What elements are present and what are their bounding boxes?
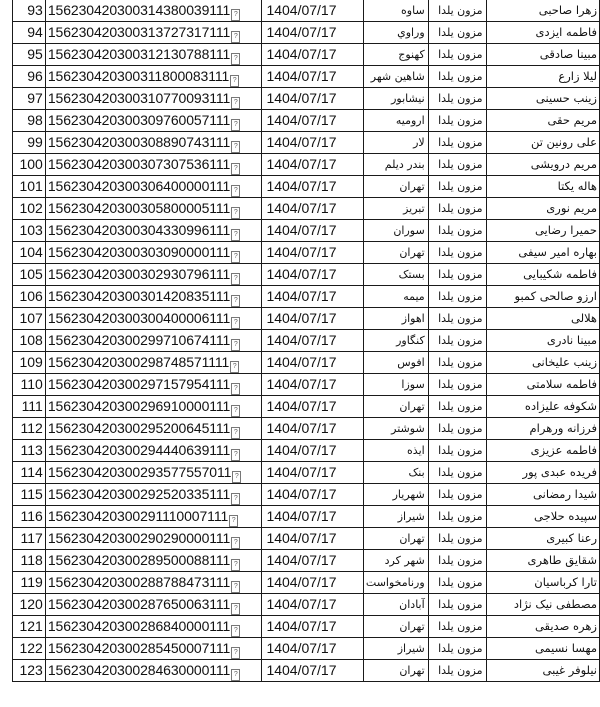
status-cell[interactable]: مزون یلدا xyxy=(428,572,486,594)
missing-glyph-icon: ? xyxy=(231,427,240,439)
name-cell[interactable]: هاله یکتا xyxy=(486,176,599,198)
row-number-cell[interactable]: 112 xyxy=(13,418,46,440)
date-cell[interactable]: 1404/07/17 xyxy=(262,638,363,660)
city-text: شاهین شهر xyxy=(371,70,425,83)
city-text: ورنامخواست xyxy=(366,576,425,589)
date-cell[interactable]: 1404/07/17 xyxy=(262,528,363,550)
row-number-cell[interactable]: 93 xyxy=(13,0,46,22)
code-cell[interactable]: 156230420300296910000111? xyxy=(45,396,262,418)
name-cell[interactable]: مریم نوری xyxy=(486,198,599,220)
code-cell[interactable]: 156230420300287650063111? xyxy=(45,594,262,616)
status-text: مزون یلدا xyxy=(438,268,482,281)
missing-glyph-icon: ? xyxy=(230,75,239,87)
name-cell[interactable]: فاطمه سلامتی xyxy=(486,374,599,396)
code-text: 156230420300284630000111 xyxy=(48,662,230,678)
name-cell[interactable]: زینب علیخانی xyxy=(486,352,599,374)
code-cell[interactable]: 156230420300305800005111? xyxy=(45,198,262,220)
row-number-cell[interactable]: 121 xyxy=(13,616,46,638)
status-cell[interactable]: مزون یلدا xyxy=(428,506,486,528)
name-cell[interactable]: هلالی xyxy=(486,308,599,330)
city-cell[interactable]: کنگاور xyxy=(363,330,428,352)
date-cell[interactable]: 1404/07/17 xyxy=(262,616,363,638)
status-cell[interactable]: مزون یلدا xyxy=(428,198,486,220)
table-row: 120156230420300287650063111?1404/07/17آب… xyxy=(13,594,600,616)
date-cell[interactable]: 1404/07/17 xyxy=(262,396,363,418)
code-text: 156230420300294440639111 xyxy=(48,442,230,458)
city-cell[interactable]: شاهین شهر xyxy=(363,66,428,88)
status-text: مزون یلدا xyxy=(438,378,482,391)
city-cell[interactable]: تهران xyxy=(363,242,428,264)
status-cell[interactable]: مزون یلدا xyxy=(428,660,486,682)
name-text: لیلا زارع xyxy=(558,69,597,83)
name-cell[interactable]: شقایق طاهری xyxy=(486,550,599,572)
row-number-cell[interactable]: 99 xyxy=(13,132,46,154)
table-row: 96156230420300311800083111?1404/07/17شاه… xyxy=(13,66,600,88)
date-text: 1404/07/17 xyxy=(266,46,336,62)
row-number-cell[interactable]: 108 xyxy=(13,330,46,352)
date-text: 1404/07/17 xyxy=(266,2,336,18)
code-cell[interactable]: 156230420300310770093111? xyxy=(45,88,262,110)
date-text: 1404/07/17 xyxy=(266,332,336,348)
city-cell[interactable]: افوس xyxy=(363,352,428,374)
name-text: علی رونین تن xyxy=(531,135,597,149)
status-cell[interactable]: مزون یلدا xyxy=(428,330,486,352)
name-cell[interactable]: سپیده حلاجی xyxy=(486,506,599,528)
missing-glyph-icon: ? xyxy=(231,295,240,307)
status-cell[interactable]: مزون یلدا xyxy=(428,528,486,550)
name-cell[interactable]: فرزانه ورهرام xyxy=(486,418,599,440)
name-text: زینب علیخانی xyxy=(532,355,597,369)
date-cell[interactable]: 1404/07/17 xyxy=(262,440,363,462)
status-cell[interactable]: مزون یلدا xyxy=(428,242,486,264)
date-cell[interactable]: 1404/07/17 xyxy=(262,198,363,220)
city-cell[interactable]: شیراز xyxy=(363,506,428,528)
name-text: سپیده حلاجی xyxy=(534,509,597,523)
date-text: 1404/07/17 xyxy=(266,266,336,282)
status-text: مزون یلدا xyxy=(438,444,482,457)
row-number-text: 114 xyxy=(21,464,43,480)
row-number-cell[interactable]: 109 xyxy=(13,352,46,374)
row-number-cell[interactable]: 120 xyxy=(13,594,46,616)
row-number-cell[interactable]: 123 xyxy=(13,660,46,682)
row-number-cell[interactable]: 94 xyxy=(13,22,46,44)
city-text: بنک xyxy=(408,466,424,479)
city-text: کنگاور xyxy=(396,334,425,347)
name-text: فاطمه ایزدی xyxy=(536,25,598,39)
table-row: 104156230420300303090000111?1404/07/17ته… xyxy=(13,242,600,264)
code-cell[interactable]: 156230420300308890743111? xyxy=(45,132,262,154)
date-text: 1404/07/17 xyxy=(266,464,336,480)
city-cell[interactable]: کهنوج xyxy=(363,44,428,66)
city-cell[interactable]: ورنامخواست xyxy=(363,572,428,594)
date-cell[interactable]: 1404/07/17 xyxy=(262,66,363,88)
city-cell[interactable]: وراوي xyxy=(363,22,428,44)
city-cell[interactable]: بستک xyxy=(363,264,428,286)
missing-glyph-icon: ? xyxy=(231,251,240,263)
code-cell[interactable]: 156230420300286840000111? xyxy=(45,616,262,638)
city-text: ایذه xyxy=(407,444,425,457)
city-cell[interactable]: تهران xyxy=(363,528,428,550)
table-row: 115156230420300292520335111?1404/07/17شه… xyxy=(13,484,600,506)
name-cell[interactable]: شکوفه علیزاده xyxy=(486,396,599,418)
date-cell[interactable]: 1404/07/17 xyxy=(262,110,363,132)
code-text: 156230420300296910000111 xyxy=(48,398,230,414)
name-cell[interactable]: نیلوفر غیبی xyxy=(486,660,599,682)
code-cell[interactable]: 156230420300299710674111? xyxy=(45,330,262,352)
date-cell[interactable]: 1404/07/17 xyxy=(262,418,363,440)
name-cell[interactable]: بهاره امیر سیفی xyxy=(486,242,599,264)
city-cell[interactable]: تهران xyxy=(363,176,428,198)
code-text: 156230420300293577557011 xyxy=(48,464,231,480)
city-text: اهواز xyxy=(402,312,425,325)
status-text: مزون یلدا xyxy=(438,26,482,39)
status-cell[interactable]: مزون یلدا xyxy=(428,484,486,506)
status-cell[interactable]: مزون یلدا xyxy=(428,132,486,154)
name-cell[interactable]: مصطفی نیک نژاد xyxy=(486,594,599,616)
status-cell[interactable]: مزون یلدا xyxy=(428,154,486,176)
date-cell[interactable]: 1404/07/17 xyxy=(262,220,363,242)
code-cell[interactable]: 156230420300313727317111? xyxy=(45,22,262,44)
date-cell[interactable]: 1404/07/17 xyxy=(262,572,363,594)
code-text: 156230420300310770093111 xyxy=(48,90,230,106)
name-text: فریده عبدی پور xyxy=(523,465,597,479)
date-cell[interactable]: 1404/07/17 xyxy=(262,506,363,528)
code-cell[interactable]: 156230420300284630000111? xyxy=(45,660,262,682)
status-cell[interactable]: مزون یلدا xyxy=(428,418,486,440)
date-text: 1404/07/17 xyxy=(266,310,336,326)
date-cell[interactable]: 1404/07/17 xyxy=(262,594,363,616)
name-cell[interactable]: زهره صدیقی xyxy=(486,616,599,638)
date-cell[interactable]: 1404/07/17 xyxy=(262,550,363,572)
code-cell[interactable]: 156230420300301420835111? xyxy=(45,286,262,308)
row-number-text: 96 xyxy=(27,68,43,84)
code-cell[interactable]: 156230420300304330996111? xyxy=(45,220,262,242)
row-number-cell[interactable]: 98 xyxy=(13,110,46,132)
status-text: مزون یلدا xyxy=(438,70,482,83)
code-cell[interactable]: 156230420300300400006111? xyxy=(45,308,262,330)
row-number-cell[interactable]: 119 xyxy=(13,572,46,594)
status-text: مزون یلدا xyxy=(438,334,482,347)
name-text: شقایق طاهری xyxy=(528,553,597,567)
city-cell[interactable]: شوشتر xyxy=(363,418,428,440)
date-cell[interactable]: 1404/07/17 xyxy=(262,88,363,110)
date-text: 1404/07/17 xyxy=(266,178,336,194)
code-cell[interactable]: 156230420300288788473111? xyxy=(45,572,262,594)
city-cell[interactable]: شهریار xyxy=(363,484,428,506)
date-cell[interactable]: 1404/07/17 xyxy=(262,44,363,66)
row-number-text: 123 xyxy=(19,662,42,678)
row-number-cell[interactable]: 96 xyxy=(13,66,46,88)
date-cell[interactable]: 1404/07/17 xyxy=(262,308,363,330)
status-cell[interactable]: مزون یلدا xyxy=(428,396,486,418)
date-cell[interactable]: 1404/07/17 xyxy=(262,330,363,352)
status-text: مزون یلدا xyxy=(438,576,482,589)
code-cell[interactable]: 156230420300289500088111? xyxy=(45,550,262,572)
status-cell[interactable]: مزون یلدا xyxy=(428,616,486,638)
code-cell[interactable]: 156230420300291110007111? xyxy=(45,506,262,528)
status-cell[interactable]: مزون یلدا xyxy=(428,638,486,660)
code-cell[interactable]: 156230420300309760057111? xyxy=(45,110,262,132)
name-text: تارا کرباسیان xyxy=(534,575,597,589)
code-text: 156230420300291110007111 xyxy=(48,508,228,524)
city-cell[interactable]: میمه xyxy=(363,286,428,308)
missing-glyph-icon: ? xyxy=(231,647,240,659)
row-number-cell[interactable]: 117 xyxy=(13,528,46,550)
name-cell[interactable]: لیلا زارع xyxy=(486,66,599,88)
status-cell[interactable]: مزون یلدا xyxy=(428,594,486,616)
name-cell[interactable]: مبینا نادری xyxy=(486,330,599,352)
row-number-text: 110 xyxy=(21,376,43,392)
name-cell[interactable]: فاطمه ایزدی xyxy=(486,22,599,44)
missing-glyph-icon: ? xyxy=(231,581,240,593)
code-text: 156230420300290290000111 xyxy=(48,530,230,546)
date-cell[interactable]: 1404/07/17 xyxy=(262,264,363,286)
table-row: 117156230420300290290000111?1404/07/17ته… xyxy=(13,528,600,550)
status-cell[interactable]: مزون یلدا xyxy=(428,110,486,132)
status-cell[interactable]: مزون یلدا xyxy=(428,286,486,308)
row-number-text: 112 xyxy=(21,420,43,436)
name-cell[interactable]: ارزو صالحی کمبو xyxy=(486,286,599,308)
date-cell[interactable]: 1404/07/17 xyxy=(262,132,363,154)
name-text: شکوفه علیزاده xyxy=(525,399,597,413)
name-cell[interactable]: رعنا کبیری xyxy=(486,528,599,550)
code-text: 156230420300308890743111 xyxy=(48,134,230,150)
city-text: شیراز xyxy=(398,510,425,523)
status-cell[interactable]: مزون یلدا xyxy=(428,550,486,572)
row-number-cell[interactable]: 95 xyxy=(13,44,46,66)
name-cell[interactable]: فریده عبدی پور xyxy=(486,462,599,484)
records-table: 93156230420300314380039111?1404/07/17ساو… xyxy=(12,0,600,682)
row-number-text: 95 xyxy=(27,46,43,62)
name-text: مهسا نسیمی xyxy=(535,641,597,655)
missing-glyph-icon: ? xyxy=(231,537,240,549)
code-cell[interactable]: 156230420300285450007111? xyxy=(45,638,262,660)
table-row: 101156230420300306400000111?1404/07/17ته… xyxy=(13,176,600,198)
name-text: مبینا صادقی xyxy=(540,47,597,61)
table-body: 93156230420300314380039111?1404/07/17ساو… xyxy=(13,0,600,682)
date-cell[interactable]: 1404/07/17 xyxy=(262,242,363,264)
code-text: 156230420300289500088111 xyxy=(48,552,230,568)
missing-glyph-icon: ? xyxy=(231,559,240,571)
table-row: 122156230420300285450007111?1404/07/17شی… xyxy=(13,638,600,660)
city-cell[interactable]: ارومیه xyxy=(363,110,428,132)
name-text: نیلوفر غیبی xyxy=(543,663,597,677)
code-text: 156230420300297157954111 xyxy=(48,376,230,392)
row-number-cell[interactable]: 111 xyxy=(13,396,46,418)
city-cell[interactable]: آبادان xyxy=(363,594,428,616)
date-cell[interactable]: 1404/07/17 xyxy=(262,484,363,506)
city-cell[interactable]: ایذه xyxy=(363,440,428,462)
status-cell[interactable]: مزون یلدا xyxy=(428,462,486,484)
name-cell[interactable]: فاطمه شکیبایی xyxy=(486,264,599,286)
city-cell[interactable]: شیراز xyxy=(363,638,428,660)
row-number-cell[interactable]: 116 xyxy=(13,506,46,528)
name-text: رعنا کبیری xyxy=(546,531,597,545)
status-cell[interactable]: مزون یلدا xyxy=(428,374,486,396)
city-text: شیراز xyxy=(398,642,425,655)
date-cell[interactable]: 1404/07/17 xyxy=(262,462,363,484)
date-text: 1404/07/17 xyxy=(266,596,336,612)
name-cell[interactable]: حمیرا رضایی xyxy=(486,220,599,242)
name-cell[interactable]: علی رونین تن xyxy=(486,132,599,154)
city-text: تهران xyxy=(399,180,424,193)
name-cell[interactable]: مریم حقی xyxy=(486,110,599,132)
status-cell[interactable]: مزون یلدا xyxy=(428,220,486,242)
row-number-cell[interactable]: 122 xyxy=(13,638,46,660)
name-cell[interactable]: شیدا رمضانی xyxy=(486,484,599,506)
name-cell[interactable]: مبینا صادقی xyxy=(486,44,599,66)
status-cell[interactable]: مزون یلدا xyxy=(428,440,486,462)
row-number-cell[interactable]: 114 xyxy=(13,462,46,484)
row-number-cell[interactable]: 113 xyxy=(13,440,46,462)
code-cell[interactable]: 156230420300302930796111? xyxy=(45,264,262,286)
table-row: 102156230420300305800005111?1404/07/17تب… xyxy=(13,198,600,220)
row-number-cell[interactable]: 115 xyxy=(13,484,46,506)
code-cell[interactable]: 156230420300303090000111? xyxy=(45,242,262,264)
status-cell[interactable]: مزون یلدا xyxy=(428,44,486,66)
status-text: مزون یلدا xyxy=(438,92,482,105)
row-number-text: 99 xyxy=(27,134,43,150)
status-text: مزون یلدا xyxy=(438,422,482,435)
row-number-text: 108 xyxy=(19,332,42,348)
date-text: 1404/07/17 xyxy=(266,222,336,238)
name-text: زینب حسینی xyxy=(536,91,597,105)
date-cell[interactable]: 1404/07/17 xyxy=(262,660,363,682)
date-text: 1404/07/17 xyxy=(266,90,336,106)
date-text: 1404/07/17 xyxy=(266,420,336,436)
name-text: مریم حقی xyxy=(547,113,597,127)
name-cell[interactable]: تارا کرباسیان xyxy=(486,572,599,594)
date-cell[interactable]: 1404/07/17 xyxy=(262,286,363,308)
name-cell[interactable]: زهرا صاحبی xyxy=(486,0,599,22)
name-cell[interactable]: مهسا نسیمی xyxy=(486,638,599,660)
city-cell[interactable]: سوزا xyxy=(363,374,428,396)
row-number-cell[interactable]: 101 xyxy=(13,176,46,198)
status-cell[interactable]: مزون یلدا xyxy=(428,308,486,330)
row-number-cell[interactable]: 110 xyxy=(13,374,46,396)
code-text: 156230420300295200645111 xyxy=(48,420,230,436)
city-text: تهران xyxy=(399,664,424,677)
city-cell[interactable]: نیشابور xyxy=(363,88,428,110)
row-number-cell[interactable]: 102 xyxy=(13,198,46,220)
status-text: مزون یلدا xyxy=(438,400,482,413)
row-number-cell[interactable]: 103 xyxy=(13,220,46,242)
code-cell[interactable]: 156230420300292520335111? xyxy=(45,484,262,506)
name-text: فاطمه شکیبایی xyxy=(523,267,597,281)
status-cell[interactable]: مزون یلدا xyxy=(428,22,486,44)
code-cell[interactable]: 156230420300312130788111? xyxy=(45,44,262,66)
city-cell[interactable]: تهران xyxy=(363,396,428,418)
status-text: مزون یلدا xyxy=(438,114,482,127)
name-text: مریم نوری xyxy=(546,201,597,215)
date-cell[interactable]: 1404/07/17 xyxy=(262,176,363,198)
code-cell[interactable]: 156230420300314380039111? xyxy=(45,0,262,22)
status-cell[interactable]: مزون یلدا xyxy=(428,0,486,22)
row-number-cell[interactable]: 107 xyxy=(13,308,46,330)
status-cell[interactable]: مزون یلدا xyxy=(428,264,486,286)
status-text: مزون یلدا xyxy=(438,488,482,501)
city-text: تهران xyxy=(399,620,424,633)
city-cell[interactable]: بندر دیلم xyxy=(363,154,428,176)
name-cell[interactable]: زینب حسینی xyxy=(486,88,599,110)
date-text: 1404/07/17 xyxy=(266,398,336,414)
code-cell[interactable]: 156230420300297157954111? xyxy=(45,374,262,396)
name-cell[interactable]: مریم درویشی xyxy=(486,154,599,176)
code-cell[interactable]: 156230420300294440639111? xyxy=(45,440,262,462)
city-cell[interactable]: تهران xyxy=(363,616,428,638)
row-number-cell[interactable]: 118 xyxy=(13,550,46,572)
missing-glyph-icon: ? xyxy=(231,317,240,329)
code-cell[interactable]: 156230420300295200645111? xyxy=(45,418,262,440)
row-number-text: 94 xyxy=(27,24,43,40)
city-cell[interactable]: لار xyxy=(363,132,428,154)
code-cell[interactable]: 156230420300293577557011? xyxy=(45,462,262,484)
table-row: 100156230420300307307536111?1404/07/17بن… xyxy=(13,154,600,176)
code-cell[interactable]: 156230420300290290000111? xyxy=(45,528,262,550)
city-cell[interactable]: بنک xyxy=(363,462,428,484)
date-cell[interactable]: 1404/07/17 xyxy=(262,374,363,396)
city-cell[interactable]: اهواز xyxy=(363,308,428,330)
city-text: بندر دیلم xyxy=(385,158,425,171)
city-cell[interactable]: تهران xyxy=(363,660,428,682)
status-cell[interactable]: مزون یلدا xyxy=(428,66,486,88)
row-number-cell[interactable]: 97 xyxy=(13,88,46,110)
code-text: 156230420300285450007111 xyxy=(48,640,230,656)
table-row: 119156230420300288788473111?1404/07/17ور… xyxy=(13,572,600,594)
date-cell[interactable]: 1404/07/17 xyxy=(262,154,363,176)
status-text: مزون یلدا xyxy=(438,664,482,677)
date-cell[interactable]: 1404/07/17 xyxy=(262,22,363,44)
status-cell[interactable]: مزون یلدا xyxy=(428,88,486,110)
row-number-cell[interactable]: 106 xyxy=(13,286,46,308)
city-cell[interactable]: سوران xyxy=(363,220,428,242)
city-cell[interactable]: ساوه xyxy=(363,0,428,22)
row-number-cell[interactable]: 104 xyxy=(13,242,46,264)
table-row: 118156230420300289500088111?1404/07/17شه… xyxy=(13,550,600,572)
date-text: 1404/07/17 xyxy=(266,354,336,370)
row-number-cell[interactable]: 100 xyxy=(13,154,46,176)
missing-glyph-icon: ? xyxy=(231,339,240,351)
code-text: 156230420300301420835111 xyxy=(48,288,230,304)
row-number-text: 101 xyxy=(19,178,42,194)
code-text: 156230420300287650063111 xyxy=(48,596,230,612)
table-row: 98156230420300309760057111?1404/07/17ارو… xyxy=(13,110,600,132)
city-text: میمه xyxy=(403,290,424,303)
status-cell[interactable]: مزون یلدا xyxy=(428,352,486,374)
code-cell[interactable]: 156230420300298748571111? xyxy=(45,352,262,374)
data-sheet: 93156230420300314380039111?1404/07/17ساو… xyxy=(12,0,600,682)
row-number-cell[interactable]: 105 xyxy=(13,264,46,286)
code-text: 156230420300286840000111 xyxy=(48,618,230,634)
code-cell[interactable]: 156230420300311800083111? xyxy=(45,66,262,88)
city-text: شهریار xyxy=(393,488,425,501)
date-text: 1404/07/17 xyxy=(266,530,336,546)
date-cell[interactable]: 1404/07/17 xyxy=(262,0,363,22)
status-text: مزون یلدا xyxy=(438,4,482,17)
missing-glyph-icon: ? xyxy=(231,207,240,219)
city-cell[interactable]: شهر کرد xyxy=(363,550,428,572)
status-cell[interactable]: مزون یلدا xyxy=(428,176,486,198)
table-row: 107156230420300300400006111?1404/07/17اه… xyxy=(13,308,600,330)
missing-glyph-icon: ? xyxy=(231,449,240,461)
date-cell[interactable]: 1404/07/17 xyxy=(262,352,363,374)
table-row: 108156230420300299710674111?1404/07/17کن… xyxy=(13,330,600,352)
name-cell[interactable]: فاطمه عزیزی xyxy=(486,440,599,462)
code-cell[interactable]: 156230420300306400000111? xyxy=(45,176,262,198)
code-cell[interactable]: 156230420300307307536111? xyxy=(45,154,262,176)
city-text: لار xyxy=(413,136,425,149)
city-cell[interactable]: تبریز xyxy=(363,198,428,220)
